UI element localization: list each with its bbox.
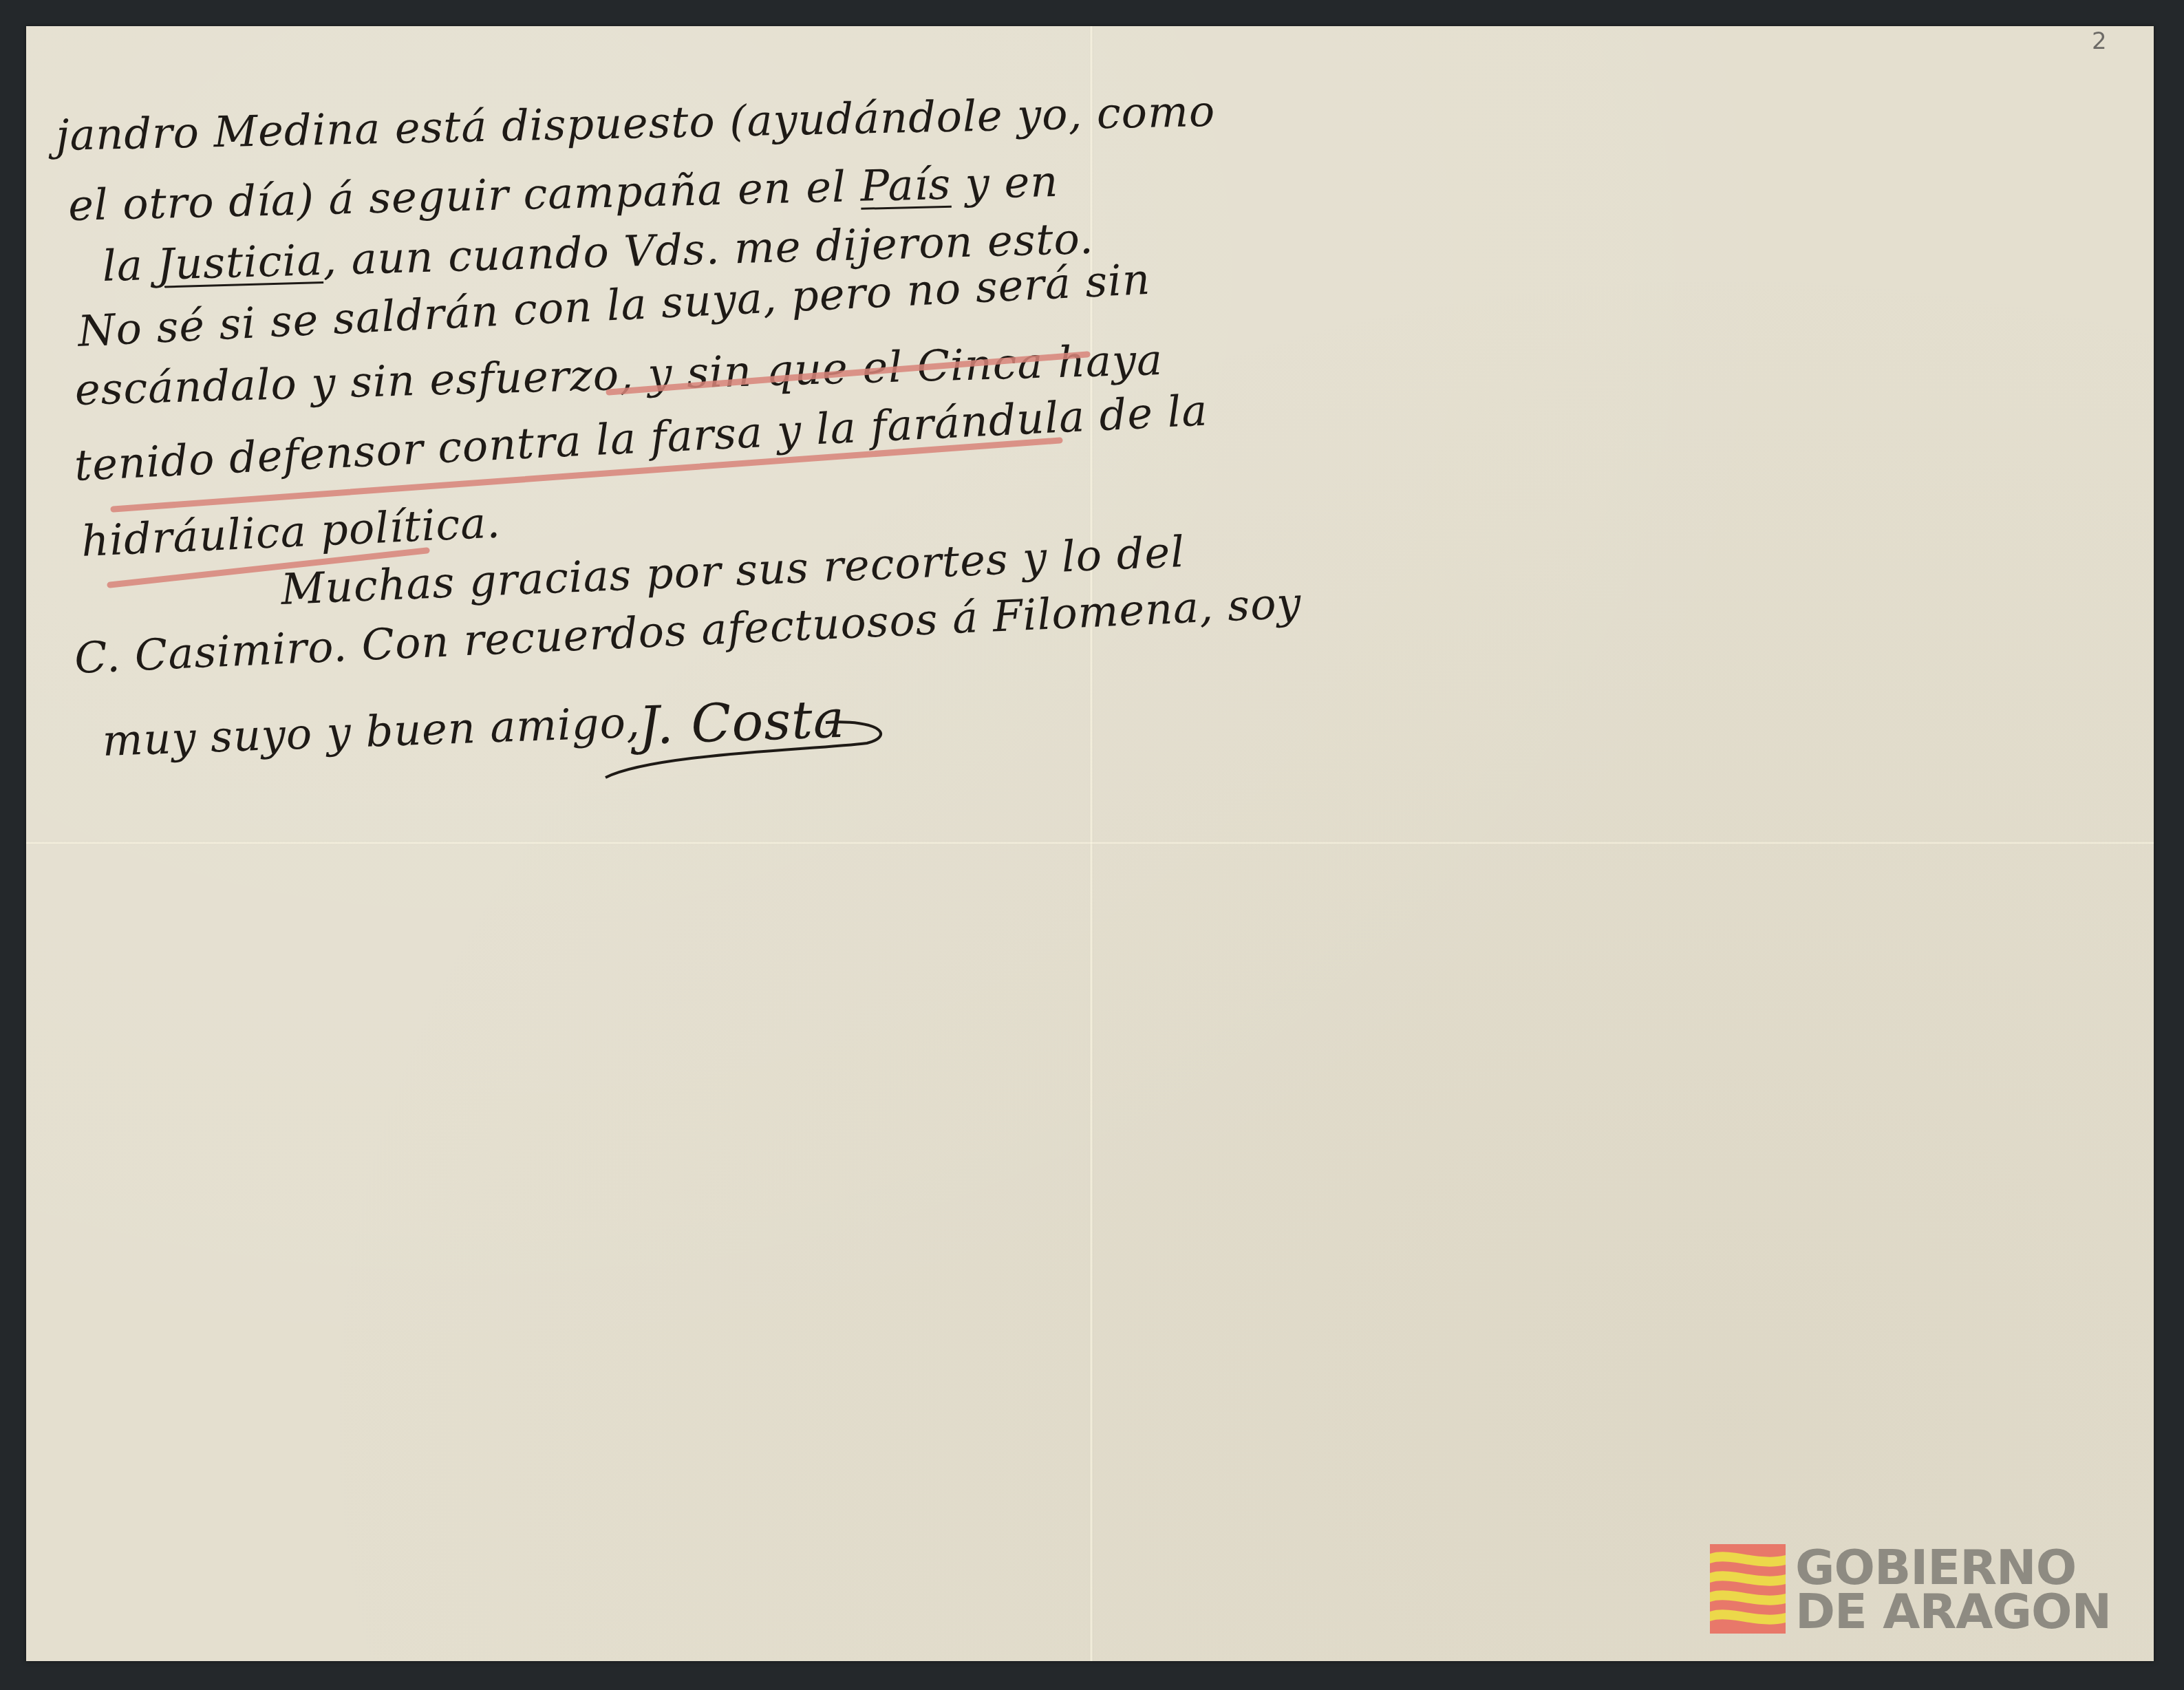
logo-wordmark: GOBIERNO DE ARAGON xyxy=(1795,1545,2111,1634)
signature-flourish xyxy=(606,722,881,778)
red-underline-3 xyxy=(110,550,427,585)
aragon-flag-icon xyxy=(1710,1544,1786,1634)
red-underline-2 xyxy=(114,440,1060,509)
red-underline-1 xyxy=(609,354,1087,392)
annotation-marks xyxy=(0,0,2184,1690)
gobierno-de-aragon-logo: GOBIERNO DE ARAGON xyxy=(1710,1541,2111,1634)
logo-line-2: DE ARAGON xyxy=(1795,1590,2111,1634)
